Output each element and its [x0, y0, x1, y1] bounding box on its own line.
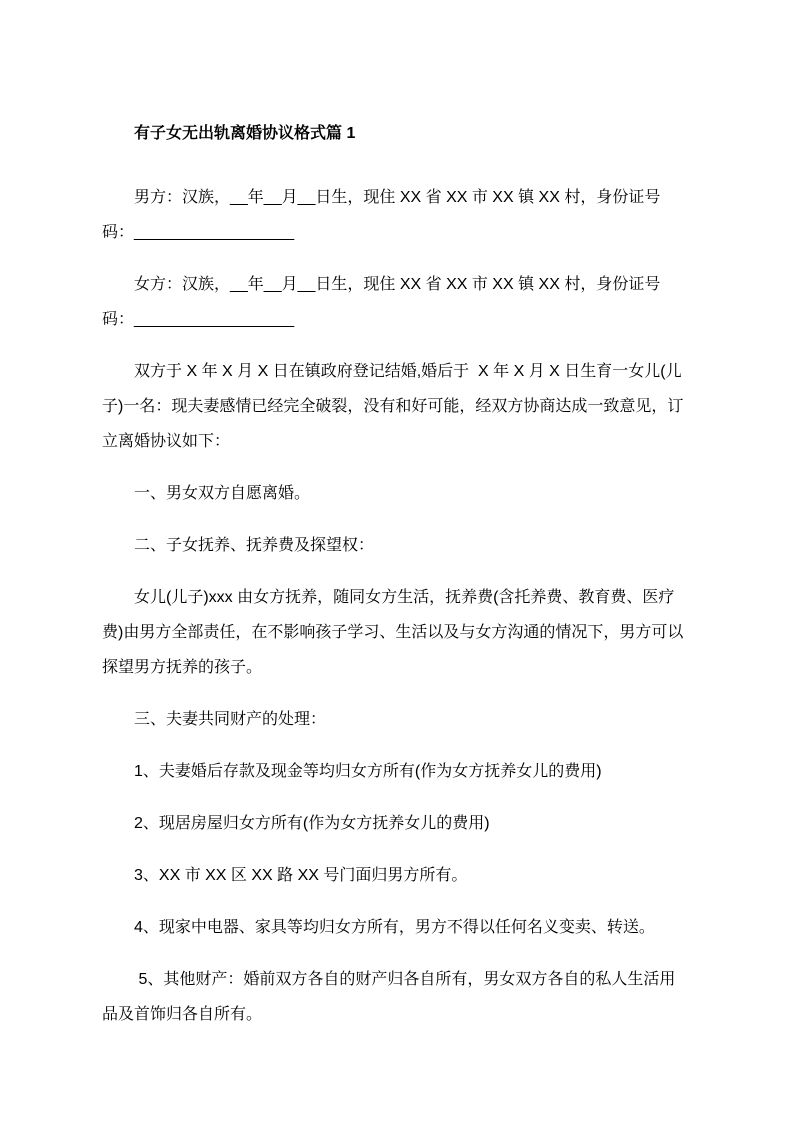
paragraph-party-male: 男方：汉族，__年__月__日生，现住 XX 省 XX 市 XX 镇 XX 村，… — [102, 180, 690, 250]
paragraph-clause-3-item-3: 3、XX 市 XX 区 XX 路 XX 号门面归男方所有。 — [102, 858, 690, 893]
paragraph-party-female: 女方：汉族，__年__月__日生，现住 XX 省 XX 市 XX 镇 XX 村，… — [102, 267, 690, 337]
paragraph-clause-3-heading: 三、夫妻共同财产的处理： — [102, 702, 690, 737]
paragraph-clause-3-item-2: 2、现居房屋归女方所有(作为女方抚养女儿的费用) — [102, 806, 690, 841]
paragraph-clause-3-item-4: 4、现家中电器、家具等均归女方所有，男方不得以任何名义变卖、转送。 — [102, 910, 690, 945]
paragraph-clause-3-item-1: 1、夫妻婚后存款及现金等均归女方所有(作为女方抚养女儿的费用) — [102, 754, 690, 789]
paragraph-clause-3-item-5: 5、其他财产：婚前双方各自的财产归各自所有，男女双方各自的私人生活用品及首饰归各… — [102, 962, 690, 1032]
paragraph-clause-2-body: 女儿(儿子)xxx 由女方抚养，随同女方生活，抚养费(含托养费、教育费、医疗费)… — [102, 580, 690, 685]
paragraph-clause-1: 一、男女双方自愿离婚。 — [102, 476, 690, 511]
document-title: 有子女无出轨离婚协议格式篇 1 — [102, 116, 690, 151]
paragraph-preamble: 双方于 X 年 X 月 X 日在镇政府登记结婚,婚后于 X 年 X 月 X 日生… — [102, 354, 690, 459]
document-page: 有子女无出轨离婚协议格式篇 1 男方：汉族，__年__月__日生，现住 XX 省… — [0, 0, 793, 1122]
paragraph-clause-2-heading: 二、子女抚养、抚养费及探望权： — [102, 528, 690, 563]
